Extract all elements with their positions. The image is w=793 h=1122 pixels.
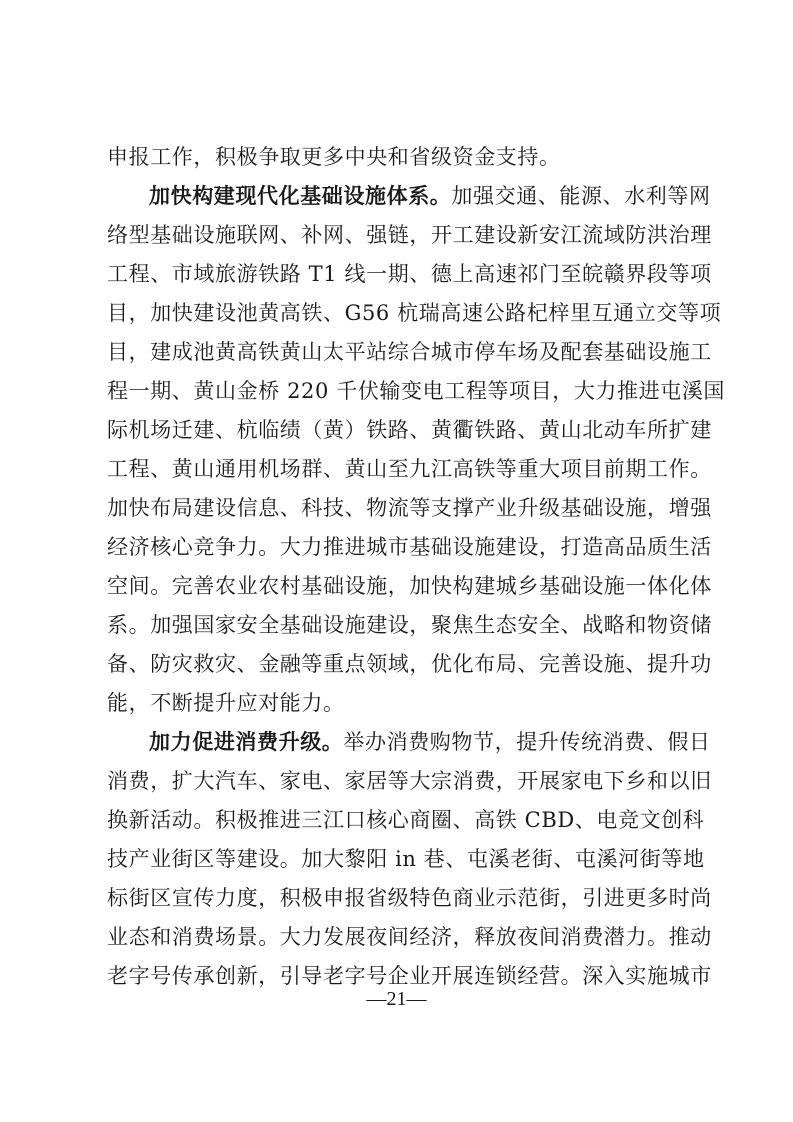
text-line: 系。加强国家安全基础设施建设，聚焦生态安全、战略和物资储 xyxy=(107,606,689,645)
text-line: 工程、黄山通用机场群、黄山至九江高铁等重大项目前期工作。 xyxy=(107,450,689,489)
text-line: 工程、市域旅游铁路 T1 线一期、德上高速祁门至皖赣界段等项 xyxy=(107,255,689,294)
text-span: 举办消费购物节，提升传统消费、假日 xyxy=(343,730,710,754)
text-line: 技产业街区等建设。加大黎阳 in 巷、屯溪老街、屯溪河街等地 xyxy=(107,840,689,879)
text-line: 经济核心竞争力。大力推进城市基础设施建设，打造高品质生活 xyxy=(107,528,689,567)
page-number: —21— xyxy=(0,988,793,1011)
text-span: 加强交通、能源、水利等网 xyxy=(451,184,710,208)
text-line: 加快布局建设信息、科技、物流等支撑产业升级基础设施，增强 xyxy=(107,489,689,528)
text-line: 申报工作，积极争取更多中央和省级资金支持。 xyxy=(107,138,689,177)
text-line: 标街区宣传力度，积极申报省级特色商业示范街，引进更多时尚 xyxy=(107,879,689,918)
text-line: 加力促进消费升级。举办消费购物节，提升传统消费、假日 xyxy=(107,723,689,762)
text-line: 目，建成池黄高铁黄山太平站综合城市停车场及配套基础设施工 xyxy=(107,333,689,372)
paragraph-infrastructure: 加快构建现代化基础设施体系。加强交通、能源、水利等网 络型基础设施联网、补网、强… xyxy=(107,177,689,723)
paragraph-heading: 加力促进消费升级。 xyxy=(149,730,343,754)
text-line: 目，加快建设池黄高铁、G56 杭瑞高速公路杞梓里互通立交等项 xyxy=(107,294,689,333)
paragraph-heading: 加快构建现代化基础设施体系。 xyxy=(149,184,451,208)
text-line: 空间。完善农业农村基础设施，加快构建城乡基础设施一体化体 xyxy=(107,567,689,606)
text-line: 加快构建现代化基础设施体系。加强交通、能源、水利等网 xyxy=(107,177,689,216)
text-line: 业态和消费场景。大力发展夜间经济，释放夜间消费潜力。推动 xyxy=(107,918,689,957)
text-line: 络型基础设施联网、补网、强链，开工建设新安江流域防洪治理 xyxy=(107,216,689,255)
text-line: 能，不断提升应对能力。 xyxy=(107,684,689,723)
paragraph-consumption: 加力促进消费升级。举办消费购物节，提升传统消费、假日 消费，扩大汽车、家电、家居… xyxy=(107,723,689,996)
text-line: 备、防灾救灾、金融等重点领域，优化布局、完善设施、提升功 xyxy=(107,645,689,684)
text-line: 际机场迁建、杭临绩（黄）铁路、黄衢铁路、黄山北动车所扩建 xyxy=(107,411,689,450)
text-line: 程一期、黄山金桥 220 千伏输变电工程等项目，大力推进屯溪国 xyxy=(107,372,689,411)
paragraph-continued: 申报工作，积极争取更多中央和省级资金支持。 xyxy=(107,138,689,177)
text-line: 换新活动。积极推进三江口核心商圈、高铁 CBD、电竞文创科 xyxy=(107,801,689,840)
text-line: 消费，扩大汽车、家电、家居等大宗消费，开展家电下乡和以旧 xyxy=(107,762,689,801)
document-page: 申报工作，积极争取更多中央和省级资金支持。 加快构建现代化基础设施体系。加强交通… xyxy=(107,138,689,996)
